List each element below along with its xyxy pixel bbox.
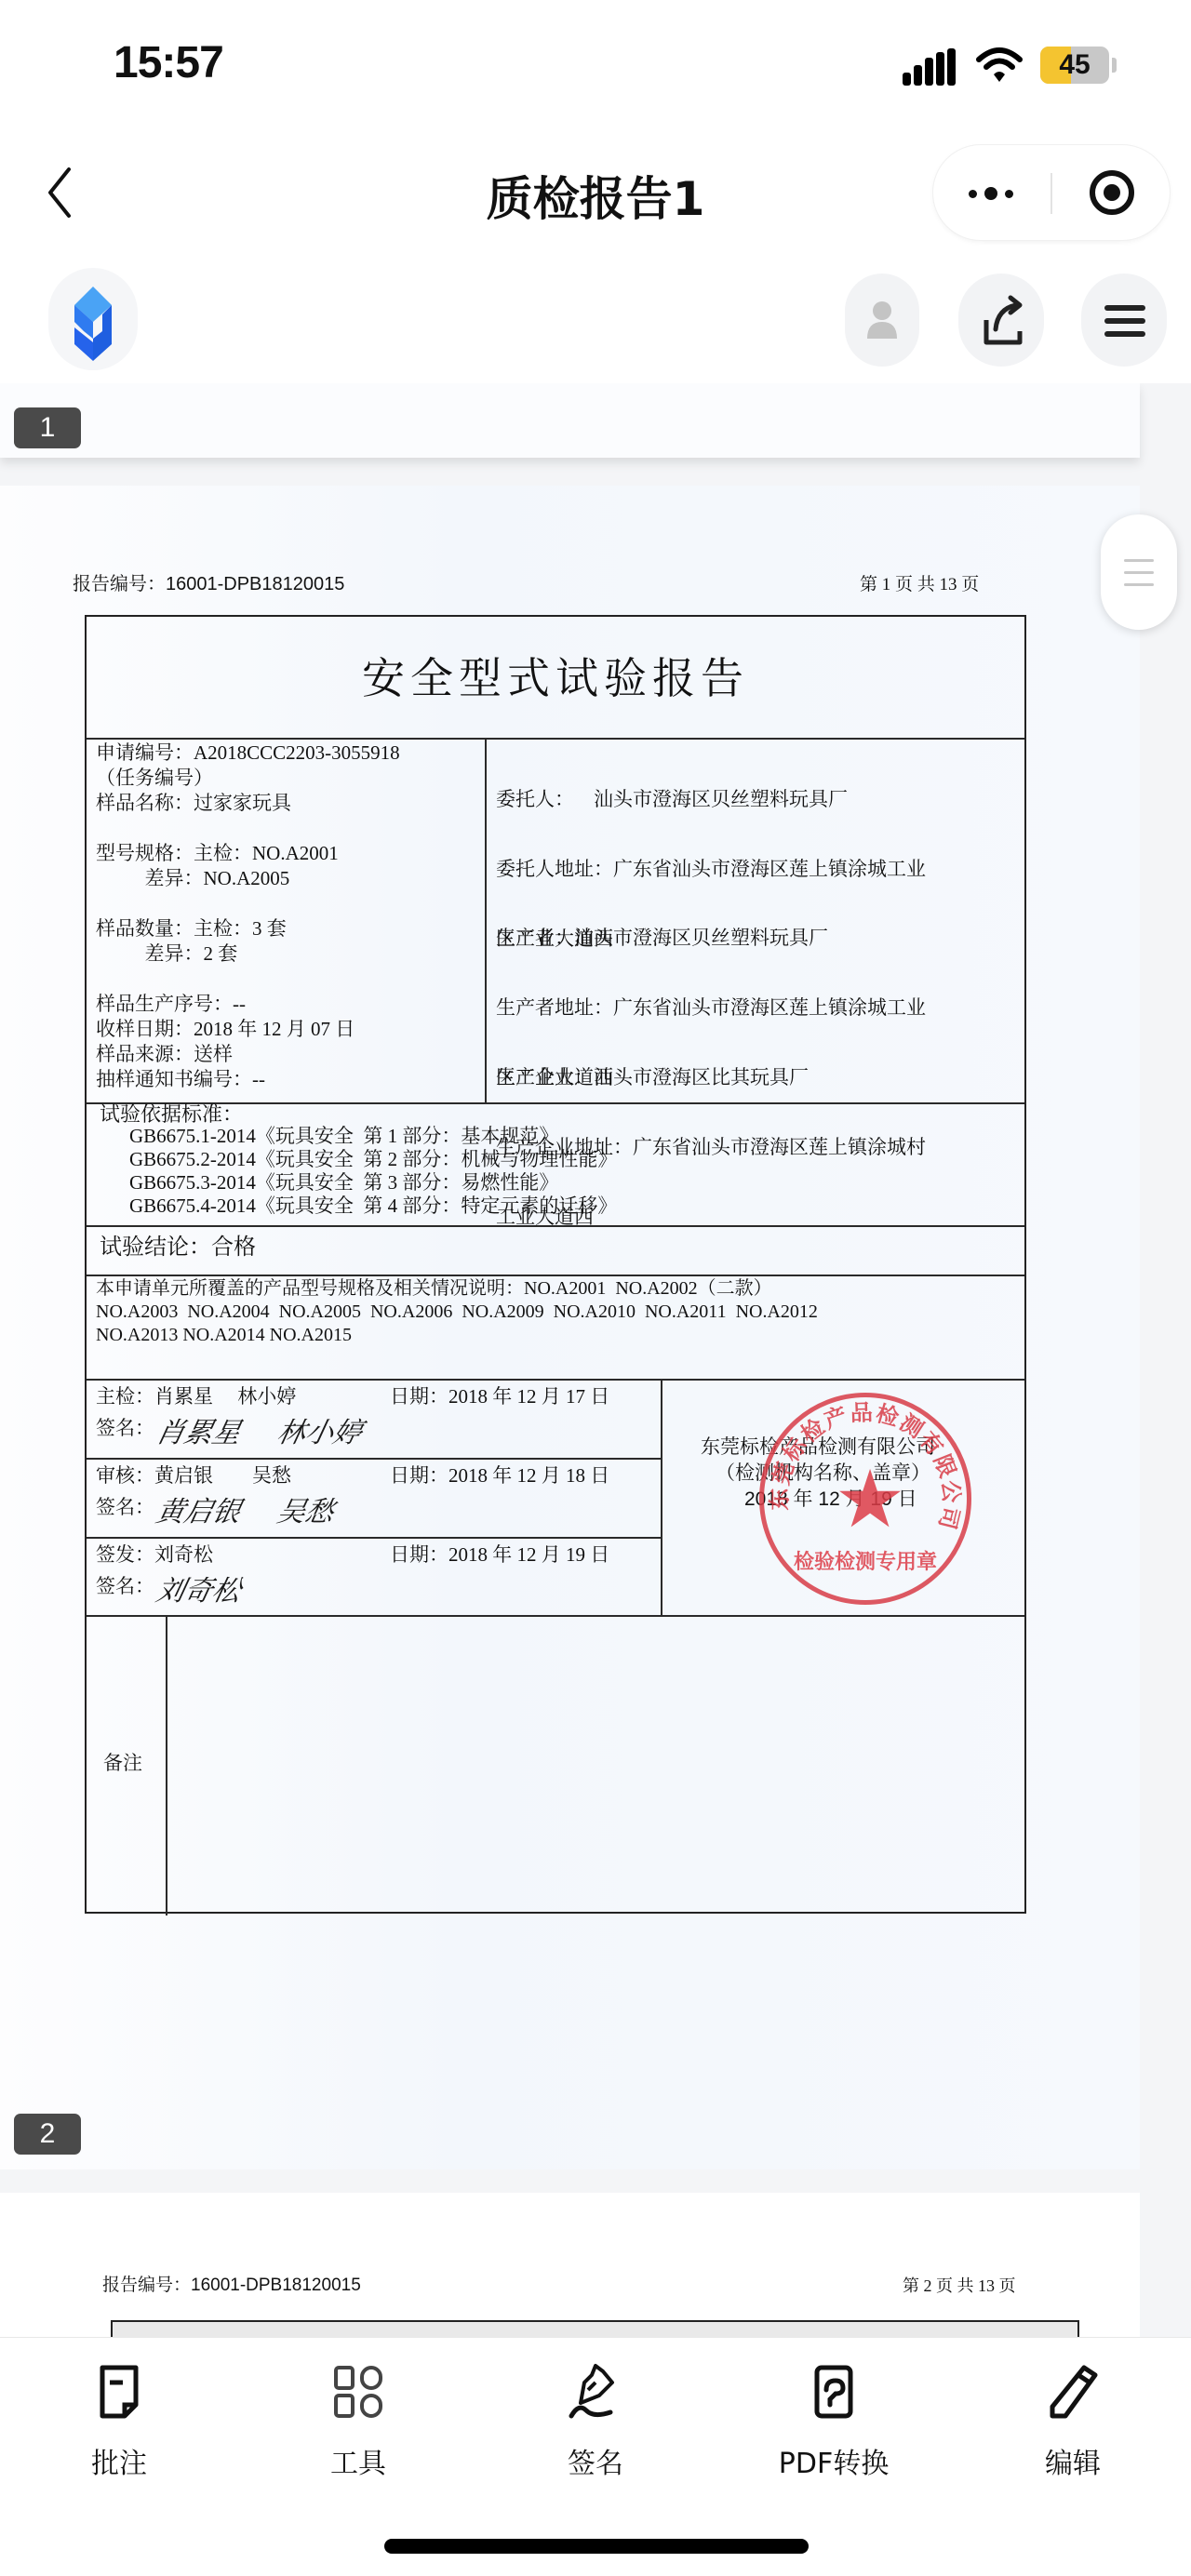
pencil-icon	[1043, 2362, 1103, 2422]
sample-info-line: 抽样通知书编号：--	[96, 1068, 400, 1093]
sign-date: 日期：2018 年 12 月 19 日	[390, 1543, 609, 1567]
app-toolbar	[0, 260, 1191, 383]
standard-item: GB6675.2-2014《玩具安全 第 2 部分：机械与物理性能》	[129, 1148, 617, 1171]
more-button[interactable]	[933, 145, 1050, 240]
model-description-line: NO.A2013 NO.A2014 NO.A2015	[96, 1324, 818, 1347]
next-document-page	[0, 2193, 1140, 2337]
report-number: 报告编号：16001-DPB18120015	[73, 568, 344, 595]
client-name: 委托人： 汕头市澄海区贝丝塑料玩具厂	[496, 788, 926, 811]
page-badge-2: 2	[14, 2114, 81, 2155]
app-logo-icon	[48, 268, 138, 370]
sign-label: 签名：	[96, 1496, 154, 1519]
avatar-icon	[845, 274, 919, 367]
sign-label: 签名：	[96, 1417, 154, 1440]
standard-item: GB6675.1-2014《玩具安全 第 1 部分：基本规范》	[129, 1125, 617, 1148]
battery-nub	[1112, 58, 1117, 73]
share-icon	[958, 274, 1044, 367]
handwritten-signature: 黄启银	[153, 1488, 245, 1529]
sample-info-line: 收样日期：2018 年 12 月 07 日	[96, 1018, 400, 1043]
tool-edit[interactable]: 编辑	[1008, 2362, 1138, 2483]
sign-role: 主检：肖累星 林小婷	[96, 1385, 296, 1408]
tool-tools-label: 工具	[293, 2440, 423, 2481]
report-title: 安全型式试验报告	[87, 645, 1024, 706]
sign-role: 审核：黄启银 吴愁	[96, 1464, 291, 1488]
tools-grid-icon	[328, 2362, 388, 2422]
sign-label: 签名：	[96, 1575, 154, 1598]
standard-item: GB6675.3-2014《玩具安全 第 3 部分：易燃性能》	[129, 1171, 617, 1195]
page-indicator-page-2: 第 2 页 共 13 页	[903, 2273, 1016, 2297]
mini-program-capsule	[933, 145, 1170, 240]
next-page-table-top	[111, 2320, 1079, 2337]
table-divider	[166, 1615, 167, 1915]
nav-bar: 质检报告1	[0, 140, 1191, 260]
table-divider	[87, 1537, 661, 1539]
avatar-button[interactable]	[845, 274, 919, 367]
sample-info-line: 差异：NO.A2005	[96, 867, 400, 892]
sample-info-line	[96, 892, 400, 917]
standards-list: GB6675.1-2014《玩具安全 第 1 部分：基本规范》GB6675.2-…	[129, 1125, 617, 1218]
signature-pen-icon	[566, 2362, 625, 2422]
table-divider	[661, 1379, 662, 1615]
table-divider	[87, 1615, 1024, 1617]
table-divider	[485, 738, 487, 1102]
sample-info-line: 样品数量：主检：3 套	[96, 917, 400, 942]
standards-label: 试验依据标准：	[100, 1102, 243, 1126]
model-description-line: 本申请单元所覆盖的产品型号规格及相关情况说明：NO.A2001 NO.A2002…	[96, 1277, 818, 1301]
menu-button[interactable]	[1081, 274, 1167, 367]
sample-info-line: 样品名称：过家家玩具	[96, 792, 400, 817]
close-miniprogram-button[interactable]	[1052, 145, 1170, 240]
model-description: 本申请单元所覆盖的产品型号规格及相关情况说明：NO.A2001 NO.A2002…	[96, 1277, 818, 1347]
producer-name: 生产者：汕头市澄海区贝丝塑料玩具厂	[496, 927, 926, 950]
scroll-handle[interactable]	[1101, 514, 1177, 630]
report-table: 安全型式试验报告 申请编号：A2018CCC2203-3055918（任务编号）…	[85, 615, 1026, 1914]
producer-address: 生产者地址：广东省汕头市澄海区莲上镇涂城工业	[496, 996, 926, 1020]
tool-edit-label: 编辑	[1008, 2440, 1138, 2481]
table-divider	[87, 738, 1024, 740]
report-number-page-2: 报告编号：16001-DPB18120015	[102, 2271, 361, 2296]
share-button[interactable]	[958, 274, 1044, 367]
table-divider	[87, 1379, 1024, 1381]
stamp-caption: 检验检测专用章	[764, 1546, 967, 1575]
signal-icon	[903, 48, 957, 86]
sample-info-line: 样品生产序号：--	[96, 993, 400, 1018]
sample-info-line: （任务编号）	[96, 767, 400, 792]
tool-pdf-convert-label: PDF转换	[769, 2440, 899, 2481]
sign-date: 日期：2018 年 12 月 17 日	[390, 1385, 609, 1408]
star-icon: ★	[833, 1462, 907, 1537]
official-stamp: 东莞标检产品检测有限公司 ★ 检验检测专用章	[759, 1393, 971, 1605]
sample-info-line	[96, 968, 400, 993]
wifi-icon	[975, 47, 1024, 84]
battery-icon: 45	[1040, 47, 1109, 84]
test-conclusion: 试验结论：合格	[100, 1236, 256, 1260]
tool-annotate[interactable]: 批注	[54, 2362, 184, 2483]
more-dots-icon	[1005, 190, 1013, 198]
handwritten-signature: 林小婷	[274, 1409, 366, 1450]
sign-role: 签发：刘奇松	[96, 1543, 213, 1567]
pdf-convert-icon	[804, 2362, 863, 2422]
page-1-strip: 1	[0, 383, 1140, 458]
sample-info-line: 样品来源：送样	[96, 1043, 400, 1068]
target-dot	[1104, 184, 1120, 201]
remarks-label: 备注	[103, 1752, 142, 1775]
tool-annotate-label: 批注	[54, 2440, 184, 2481]
standard-item: GB6675.4-2014《玩具安全 第 4 部分：特定元素的迁移》	[129, 1195, 617, 1218]
tool-pdf-convert[interactable]: PDF转换	[769, 2362, 899, 2483]
sample-info-line: 申请编号：A2018CCC2203-3055918	[96, 741, 400, 767]
sample-info: 申请编号：A2018CCC2203-3055918（任务编号）样品名称：过家家玩…	[96, 741, 400, 1093]
handwritten-signature: 吴愁	[274, 1488, 338, 1529]
sample-info-line	[96, 817, 400, 842]
status-bar: 15:57 45	[0, 0, 1191, 140]
tool-signature[interactable]: 签名	[530, 2362, 661, 2483]
sign-date: 日期：2018 年 12 月 18 日	[390, 1464, 609, 1488]
more-dots-icon	[969, 190, 977, 198]
more-dots-icon	[984, 187, 997, 200]
app-logo[interactable]	[48, 268, 138, 370]
table-divider	[87, 1275, 1024, 1276]
battery-level: 45	[1040, 47, 1109, 84]
model-description-line: NO.A2003 NO.A2004 NO.A2005 NO.A2006 NO.A…	[96, 1301, 818, 1324]
home-indicator	[384, 2539, 809, 2554]
annotate-icon	[89, 2362, 149, 2422]
page-indicator: 第 1 页 共 13 页	[860, 570, 979, 595]
tool-signature-label: 签名	[530, 2440, 661, 2481]
tool-tools[interactable]: 工具	[293, 2362, 423, 2483]
handwritten-signature: 刘奇松	[153, 1568, 245, 1608]
page-badge-1: 1	[14, 407, 81, 448]
status-time: 15:57	[114, 37, 223, 88]
sample-info-line: 差异：2 套	[96, 942, 400, 968]
table-divider	[87, 1225, 1024, 1227]
handwritten-signature: 肖累星	[153, 1409, 245, 1450]
table-divider	[87, 1458, 661, 1460]
manufacturer-name: 生产企业：汕头市澄海区比其玩具厂	[496, 1066, 926, 1089]
sample-info-line: 型号规格：主检：NO.A2001	[96, 842, 400, 867]
client-address: 委托人地址：广东省汕头市澄海区莲上镇涂城工业	[496, 858, 926, 881]
